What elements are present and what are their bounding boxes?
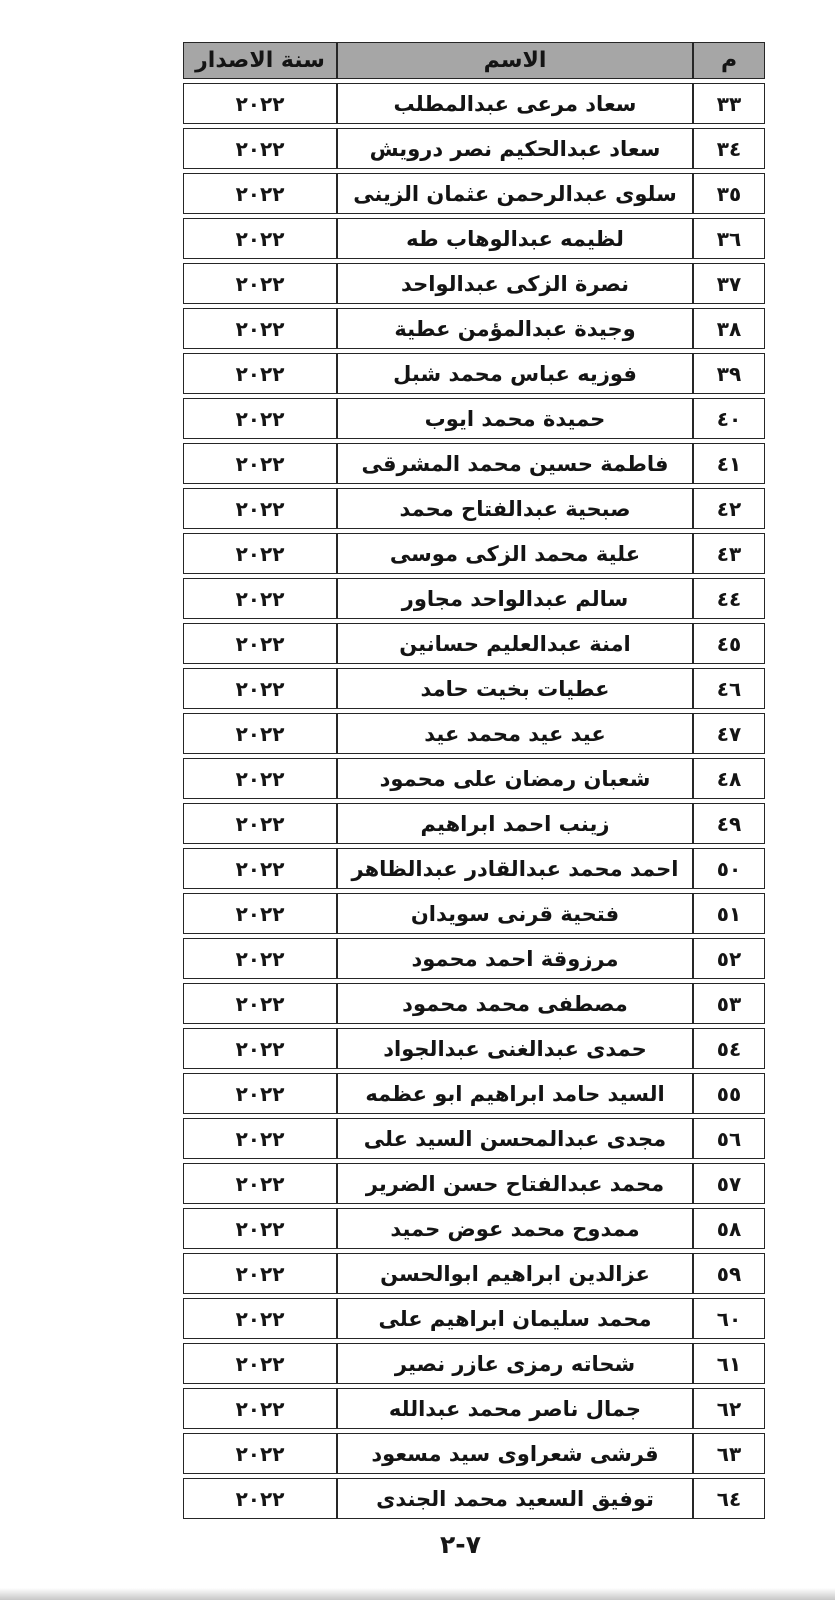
table-row: ٣٨وجيدة عبدالمؤمن عطية٢٠٢٢ [183,308,765,349]
table-row: ٣٣سعاد مرعى عبدالمطلب٢٠٢٢ [183,83,765,124]
row-name-cell: ممدوح محمد عوض حميد [337,1208,693,1249]
table-row: ٤٧عيد عيد محمد عيد٢٠٢٢ [183,713,765,754]
row-number-cell: ٦٢ [693,1388,765,1429]
row-name-cell: مجدى عبدالمحسن السيد على [337,1118,693,1159]
row-name-cell: قرشى شعراوى سيد مسعود [337,1433,693,1474]
row-number-cell: ٤٧ [693,713,765,754]
row-number-cell: ٦٤ [693,1478,765,1519]
row-issuance-year-cell: ٢٠٢٢ [183,1028,337,1069]
table-row: ٤٨شعبان رمضان على محمود٢٠٢٢ [183,758,765,799]
scanned-document-page: م الاسم سنة الاصدار ٣٣سعاد مرعى عبدالمطل… [0,0,835,1600]
row-issuance-year-cell: ٢٠٢٢ [183,128,337,169]
row-issuance-year-cell: ٢٠٢٢ [183,803,337,844]
row-name-cell: امنة عبدالعليم حسانين [337,623,693,664]
scan-edge-shadow [0,1588,835,1600]
row-name-cell: عزالدين ابراهيم ابوالحسن [337,1253,693,1294]
row-number-cell: ٤٠ [693,398,765,439]
row-number-cell: ٣٥ [693,173,765,214]
row-issuance-year-cell: ٢٠٢٢ [183,668,337,709]
row-number-cell: ٥١ [693,893,765,934]
row-issuance-year-cell: ٢٠٢٢ [183,938,337,979]
row-issuance-year-cell: ٢٠٢٢ [183,758,337,799]
row-issuance-year-cell: ٢٠٢٢ [183,83,337,124]
table-row: ٦٣قرشى شعراوى سيد مسعود٢٠٢٢ [183,1433,765,1474]
table-row: ٤٥امنة عبدالعليم حسانين٢٠٢٢ [183,623,765,664]
row-name-cell: توفيق السعيد محمد الجندى [337,1478,693,1519]
table-row: ٤٠حميدة محمد ايوب٢٠٢٢ [183,398,765,439]
row-issuance-year-cell: ٢٠٢٢ [183,353,337,394]
table-row: ٣٥سلوى عبدالرحمن عثمان الزينى٢٠٢٢ [183,173,765,214]
table-row: ٣٧نصرة الزكى عبدالواحد٢٠٢٢ [183,263,765,304]
table-row: ٥٨ممدوح محمد عوض حميد٢٠٢٢ [183,1208,765,1249]
row-number-cell: ٥٩ [693,1253,765,1294]
table-row: ٤٤سالم عبدالواحد مجاور٢٠٢٢ [183,578,765,619]
row-number-cell: ٦١ [693,1343,765,1384]
row-number-cell: ٤٢ [693,488,765,529]
row-issuance-year-cell: ٢٠٢٢ [183,1388,337,1429]
row-number-cell: ٥٥ [693,1073,765,1114]
table-row: ٥٠احمد محمد عبدالقادر عبدالظاهر٢٠٢٢ [183,848,765,889]
row-number-cell: ٥٨ [693,1208,765,1249]
row-number-cell: ٦٣ [693,1433,765,1474]
row-issuance-year-cell: ٢٠٢٢ [183,398,337,439]
row-number-cell: ٦٠ [693,1298,765,1339]
table-row: ٦٠محمد سليمان ابراهيم على٢٠٢٢ [183,1298,765,1339]
row-number-cell: ٥٣ [693,983,765,1024]
row-issuance-year-cell: ٢٠٢٢ [183,848,337,889]
row-number-cell: ٤٦ [693,668,765,709]
row-name-cell: شحاته رمزى عازر نصير [337,1343,693,1384]
row-number-cell: ٤٩ [693,803,765,844]
row-name-cell: فاطمة حسين محمد المشرقى [337,443,693,484]
row-issuance-year-cell: ٢٠٢٢ [183,1163,337,1204]
row-name-cell: محمد سليمان ابراهيم على [337,1298,693,1339]
row-name-cell: سعاد عبدالحكيم نصر درويش [337,128,693,169]
table-row: ٥٧محمد عبدالفتاح حسن الضرير٢٠٢٢ [183,1163,765,1204]
table-row: ٣٦لظيمه عبدالوهاب طه٢٠٢٢ [183,218,765,259]
row-issuance-year-cell: ٢٠٢٢ [183,1433,337,1474]
row-issuance-year-cell: ٢٠٢٢ [183,623,337,664]
table-row: ٤٣علية محمد الزكى موسى٢٠٢٢ [183,533,765,574]
row-number-cell: ٣٣ [693,83,765,124]
row-issuance-year-cell: ٢٠٢٢ [183,893,337,934]
row-number-cell: ٤٣ [693,533,765,574]
table-row: ٦٢جمال ناصر محمد عبدالله٢٠٢٢ [183,1388,765,1429]
row-issuance-year-cell: ٢٠٢٢ [183,1118,337,1159]
row-issuance-year-cell: ٢٠٢٢ [183,1073,337,1114]
row-issuance-year-cell: ٢٠٢٢ [183,218,337,259]
row-name-cell: صبحية عبدالفتاح محمد [337,488,693,529]
row-issuance-year-cell: ٢٠٢٢ [183,173,337,214]
page-number: ٧-٢ [183,1530,738,1559]
row-name-cell: لظيمه عبدالوهاب طه [337,218,693,259]
row-issuance-year-cell: ٢٠٢٢ [183,488,337,529]
row-name-cell: زينب احمد ابراهيم [337,803,693,844]
row-number-cell: ٣٩ [693,353,765,394]
row-name-cell: وجيدة عبدالمؤمن عطية [337,308,693,349]
issuance-year-table: م الاسم سنة الاصدار ٣٣سعاد مرعى عبدالمطل… [183,38,765,1523]
row-name-cell: جمال ناصر محمد عبدالله [337,1388,693,1429]
row-issuance-year-cell: ٢٠٢٢ [183,263,337,304]
row-number-cell: ٥٤ [693,1028,765,1069]
row-number-cell: ٤٨ [693,758,765,799]
row-name-cell: علية محمد الزكى موسى [337,533,693,574]
row-name-cell: محمد عبدالفتاح حسن الضرير [337,1163,693,1204]
header-cell-issuance-year: سنة الاصدار [183,42,337,79]
row-issuance-year-cell: ٢٠٢٢ [183,983,337,1024]
row-number-cell: ٤١ [693,443,765,484]
row-issuance-year-cell: ٢٠٢٢ [183,308,337,349]
row-name-cell: شعبان رمضان على محمود [337,758,693,799]
row-number-cell: ٣٤ [693,128,765,169]
table-row: ٦٤توفيق السعيد محمد الجندى٢٠٢٢ [183,1478,765,1519]
table-row: ٥٩عزالدين ابراهيم ابوالحسن٢٠٢٢ [183,1253,765,1294]
row-name-cell: سعاد مرعى عبدالمطلب [337,83,693,124]
table-row: ٥٣مصطفى محمد محمود٢٠٢٢ [183,983,765,1024]
table-row: ٥١فتحية قرنى سويدان٢٠٢٢ [183,893,765,934]
table-row: ٤١فاطمة حسين محمد المشرقى٢٠٢٢ [183,443,765,484]
row-name-cell: سلوى عبدالرحمن عثمان الزينى [337,173,693,214]
header-cell-name: الاسم [337,42,693,79]
row-issuance-year-cell: ٢٠٢٢ [183,1343,337,1384]
row-number-cell: ٤٤ [693,578,765,619]
table-header-row: م الاسم سنة الاصدار [183,42,765,79]
row-name-cell: نصرة الزكى عبدالواحد [337,263,693,304]
row-name-cell: احمد محمد عبدالقادر عبدالظاهر [337,848,693,889]
table-row: ٥٢مرزوقة احمد محمود٢٠٢٢ [183,938,765,979]
row-name-cell: عيد عيد محمد عيد [337,713,693,754]
row-issuance-year-cell: ٢٠٢٢ [183,1298,337,1339]
table-row: ٥٥السيد حامد ابراهيم ابو عظمه٢٠٢٢ [183,1073,765,1114]
row-issuance-year-cell: ٢٠٢٢ [183,1478,337,1519]
table-row: ٤٦عطيات بخيت حامد٢٠٢٢ [183,668,765,709]
table-row: ٥٦مجدى عبدالمحسن السيد على٢٠٢٢ [183,1118,765,1159]
row-name-cell: عطيات بخيت حامد [337,668,693,709]
row-number-cell: ٣٨ [693,308,765,349]
row-issuance-year-cell: ٢٠٢٢ [183,713,337,754]
table-row: ٤٢صبحية عبدالفتاح محمد٢٠٢٢ [183,488,765,529]
row-number-cell: ٥٢ [693,938,765,979]
row-issuance-year-cell: ٢٠٢٢ [183,533,337,574]
table-row: ٦١شحاته رمزى عازر نصير٢٠٢٢ [183,1343,765,1384]
row-number-cell: ٤٥ [693,623,765,664]
table-row: ٣٩فوزيه عباس محمد شبل٢٠٢٢ [183,353,765,394]
row-name-cell: مرزوقة احمد محمود [337,938,693,979]
table-row: ٣٤سعاد عبدالحكيم نصر درويش٢٠٢٢ [183,128,765,169]
row-name-cell: سالم عبدالواحد مجاور [337,578,693,619]
row-name-cell: حميدة محمد ايوب [337,398,693,439]
row-issuance-year-cell: ٢٠٢٢ [183,1208,337,1249]
row-issuance-year-cell: ٢٠٢٢ [183,578,337,619]
header-cell-number: م [693,42,765,79]
row-name-cell: السيد حامد ابراهيم ابو عظمه [337,1073,693,1114]
row-name-cell: فتحية قرنى سويدان [337,893,693,934]
row-name-cell: حمدى عبدالغنى عبدالجواد [337,1028,693,1069]
row-name-cell: فوزيه عباس محمد شبل [337,353,693,394]
table-row: ٤٩زينب احمد ابراهيم٢٠٢٢ [183,803,765,844]
table-body: ٣٣سعاد مرعى عبدالمطلب٢٠٢٢٣٤سعاد عبدالحكي… [183,83,765,1519]
row-number-cell: ٣٧ [693,263,765,304]
row-number-cell: ٥٦ [693,1118,765,1159]
row-number-cell: ٥٠ [693,848,765,889]
row-name-cell: مصطفى محمد محمود [337,983,693,1024]
row-issuance-year-cell: ٢٠٢٢ [183,443,337,484]
row-number-cell: ٣٦ [693,218,765,259]
table-row: ٥٤حمدى عبدالغنى عبدالجواد٢٠٢٢ [183,1028,765,1069]
row-number-cell: ٥٧ [693,1163,765,1204]
row-issuance-year-cell: ٢٠٢٢ [183,1253,337,1294]
